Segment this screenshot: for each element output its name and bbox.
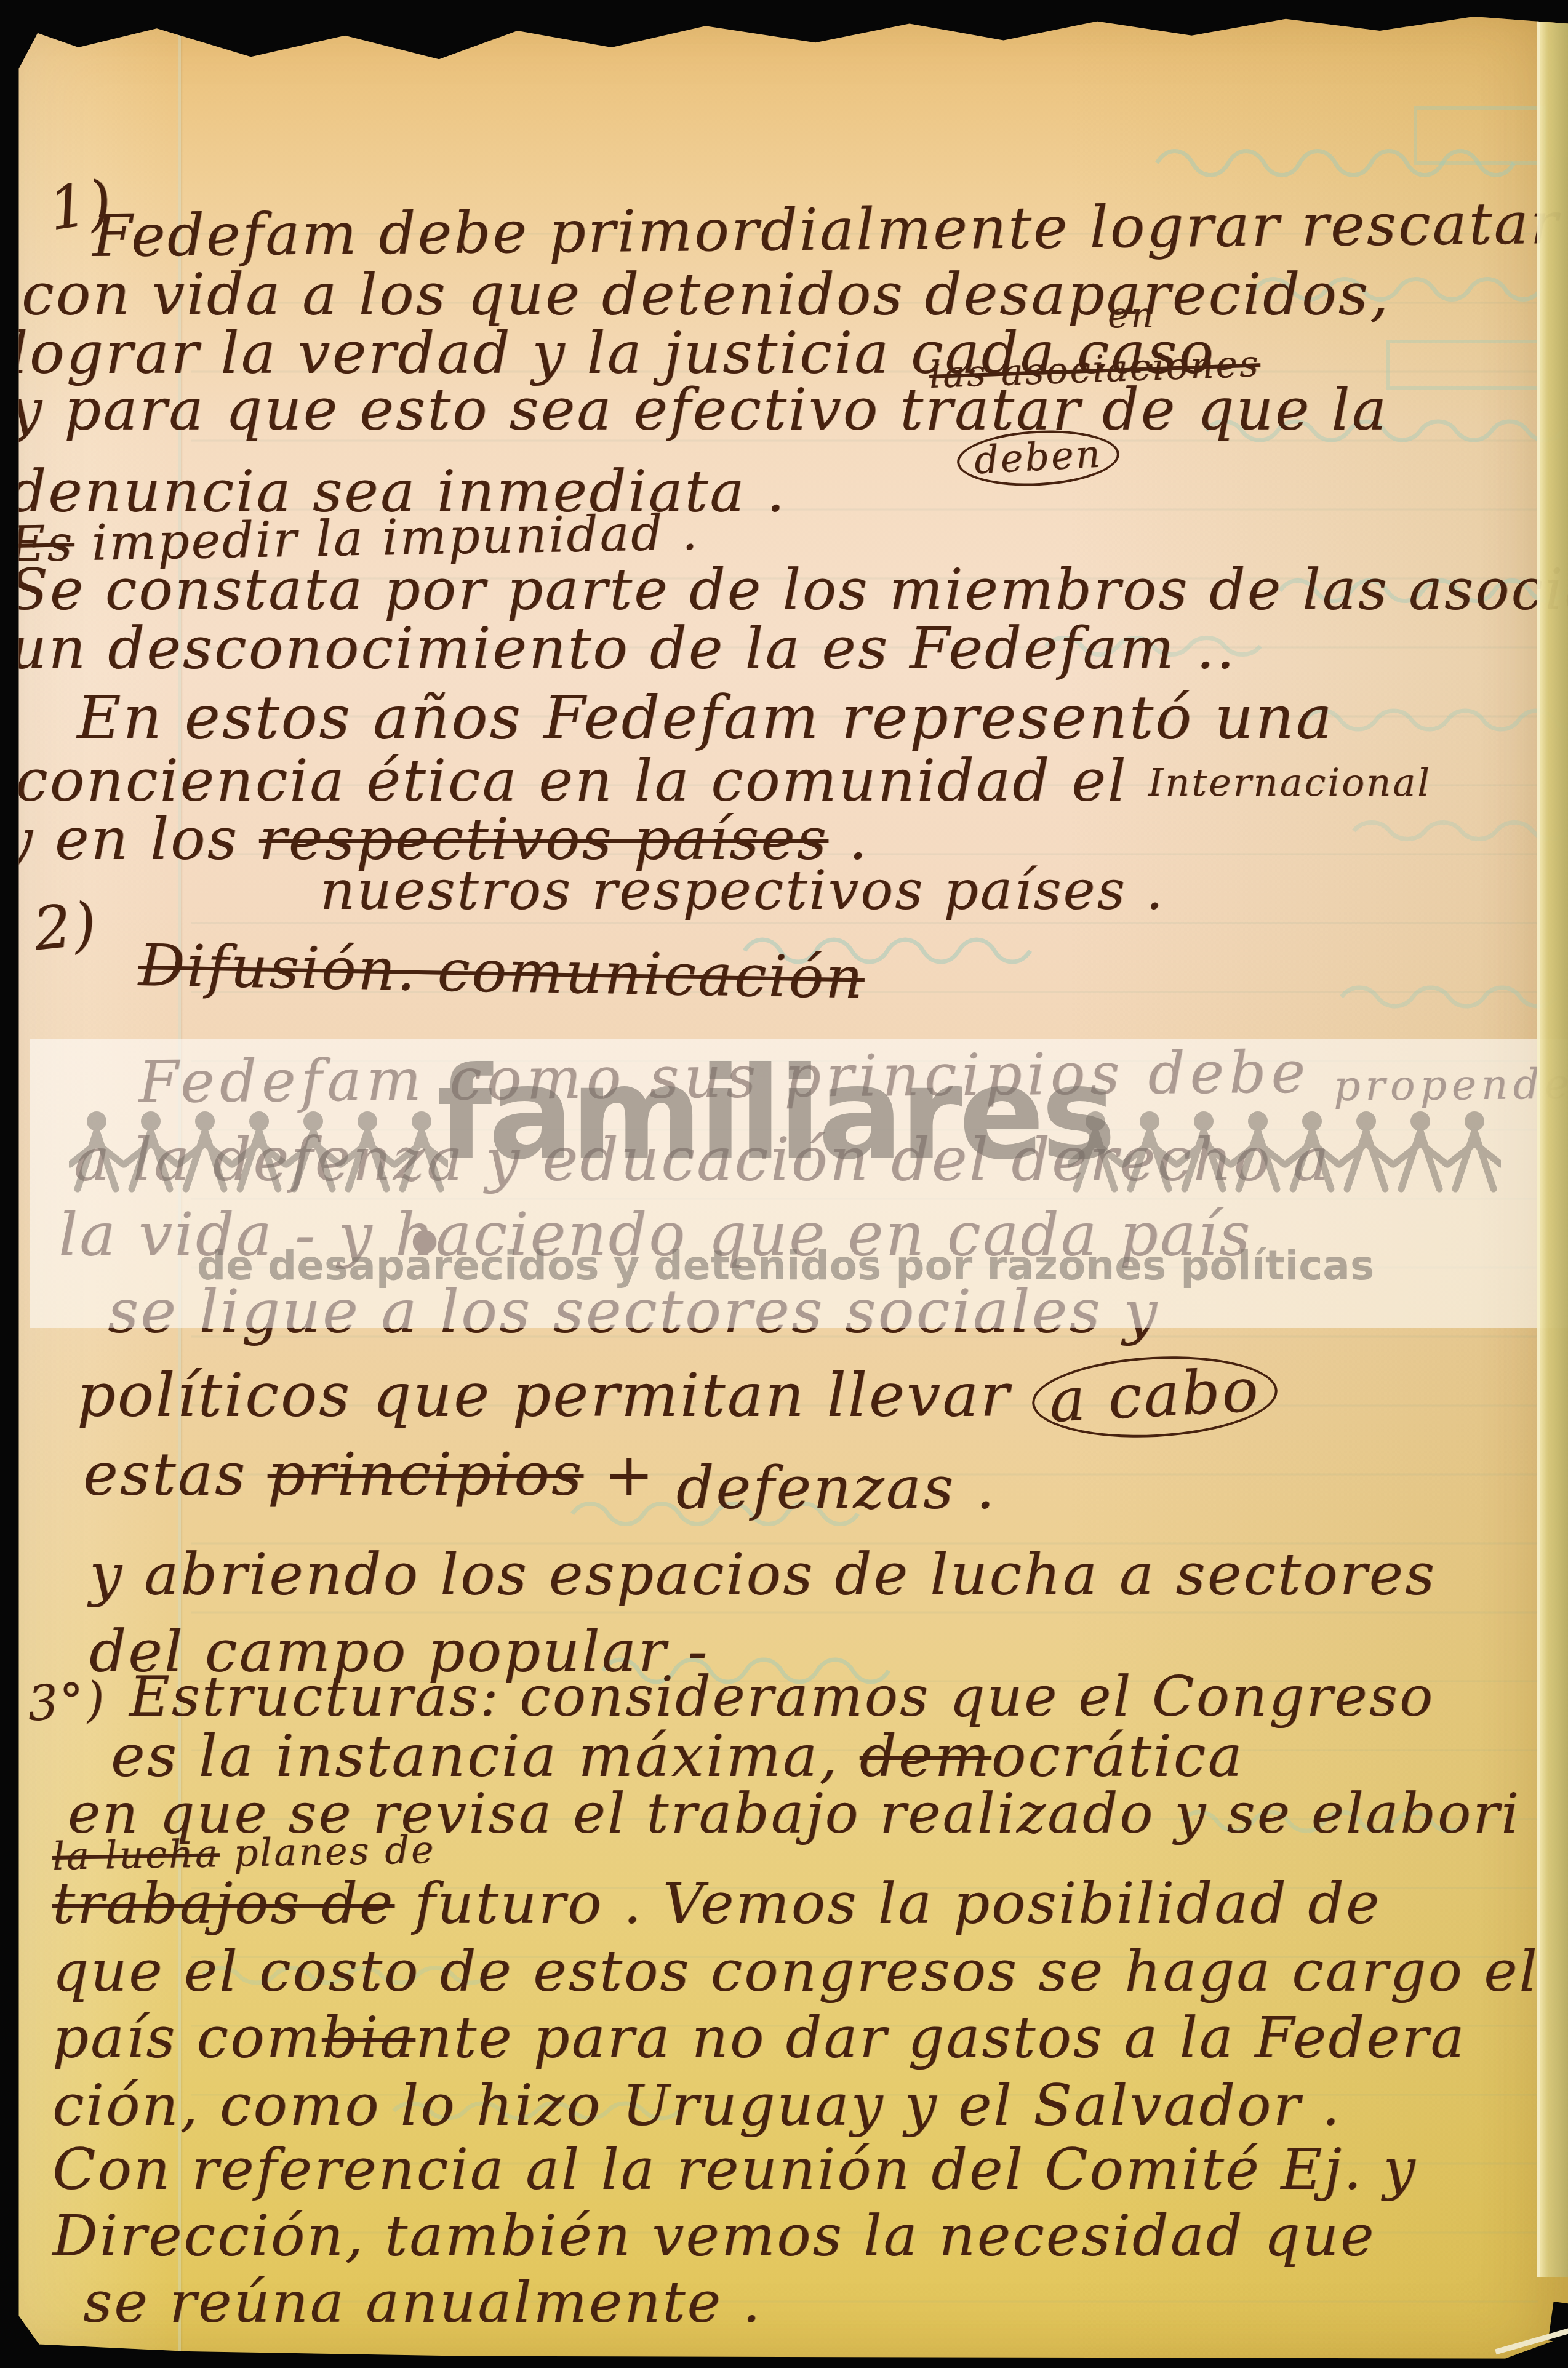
handwritten-line: Se constata por parte de los miembros de… (9, 557, 1568, 623)
handwritten-line: Con referencia al la reunión del Comité … (52, 2137, 1417, 2202)
handwritten-line: En estos años Fedefam representó una (77, 683, 1334, 753)
handwritten-line: se reúna anualmente . (83, 2270, 762, 2335)
handwritten-line: ción, como lo hizo Uruguay y el Salvador… (52, 2073, 1342, 2138)
handwritten-line: políticos que permitan llevar a cabo (77, 1357, 1278, 1437)
handwritten-line: que el costo de estos congresos se haga … (52, 1938, 1539, 2004)
handwritten-line: Difusión. comunicación (138, 932, 865, 1012)
insertion-deben-circled: deben (957, 431, 1119, 486)
item-number-2: 2) (30, 889, 102, 964)
handwritten-line: nuestros respectivos países . (320, 858, 1165, 922)
handwritten-line: y para que esto sea efectivo tratar de q… (9, 377, 1388, 444)
watermark-band: familiares de desaparecidos y detenidos … (30, 1039, 1568, 1328)
paper-page: 1)Fedefam debe primordialmente lograr re… (0, 0, 1568, 2368)
handwritten-line: y abriendo los espacios de lucha a secto… (89, 1542, 1436, 1609)
item-number-3: 3°) (26, 1671, 108, 1732)
handwritten-line: estas principios + defenzas . (83, 1440, 996, 1509)
handwritten-line: con vida a los que detenidos desaparecid… (22, 262, 1390, 329)
people-chain-icon (1068, 1108, 1501, 1194)
handwritten-line: conciencia ética en la comunidad el Inte… (15, 748, 1431, 815)
handwritten-line: es la instancia máxima, democrática (111, 1723, 1244, 1790)
handwritten-line: país combiante para no dar gastos a la F… (52, 2005, 1466, 2071)
handwritten-line: Estructuras: consideramos que el Congres… (129, 1665, 1434, 1729)
handwritten-line: un desconocimiento de la es Fedefam .. (9, 615, 1236, 682)
handwritten-line: trabajos de futuro . Vemos la posibilida… (52, 1871, 1381, 1937)
handwritten-line: Fedefam debe primordialmente lograr resc… (92, 190, 1560, 270)
people-chain-icon (69, 1108, 448, 1194)
handwritten-line: Dirección, también vemos la necesidad qu… (52, 2203, 1375, 2269)
watermark-brand: familiares (437, 1040, 1113, 1188)
page-edge-strip (1537, 17, 1568, 2277)
watermark-tagline: de desaparecidos y detenidos por razones… (197, 1242, 1374, 1289)
insertion-en: en (1108, 294, 1156, 336)
scanned-document: 1)Fedefam debe primordialmente lograr re… (0, 0, 1568, 2368)
